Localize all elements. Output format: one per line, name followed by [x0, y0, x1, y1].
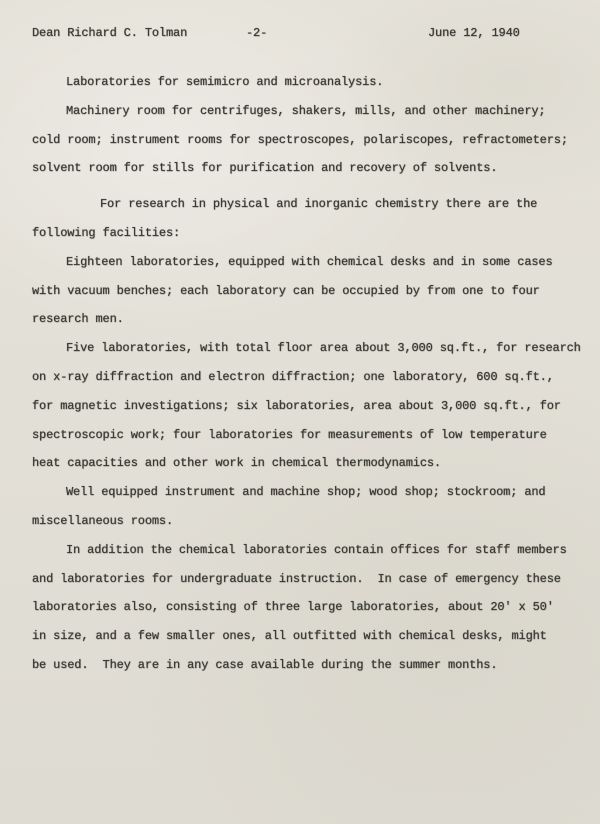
text-line: miscellaneous rooms.	[32, 507, 588, 536]
text-line: research men.	[32, 305, 588, 334]
text-line: solvent room for stills for purification…	[32, 154, 588, 183]
paragraph: Five laboratories, with total floor area…	[32, 334, 588, 478]
text-line: laboratories also, consisting of three l…	[32, 593, 588, 622]
text-line: with vacuum benches; each laboratory can…	[32, 277, 588, 306]
page-number: -2-	[246, 26, 267, 40]
date: June 12, 1940	[428, 26, 520, 40]
recipient-name: Dean Richard C. Tolman	[32, 26, 187, 40]
text-line: in size, and a few smaller ones, all out…	[32, 622, 588, 651]
text-line: heat capacities and other work in chemic…	[32, 449, 588, 478]
paragraph: Machinery room for centrifuges, shakers,…	[32, 97, 588, 183]
paragraph: Well equipped instrument and machine sho…	[32, 478, 588, 536]
paragraph: Eighteen laboratories, equipped with che…	[32, 248, 588, 334]
text-line: For research in physical and inorganic c…	[32, 190, 588, 219]
text-line: Machinery room for centrifuges, shakers,…	[32, 97, 588, 126]
document-page: Dean Richard C. Tolman -2- June 12, 1940…	[0, 0, 600, 824]
text-line: following facilities:	[32, 219, 588, 248]
paragraph: For research in physical and inorganic c…	[32, 190, 588, 248]
text-line: Eighteen laboratories, equipped with che…	[32, 248, 588, 277]
text-line: Well equipped instrument and machine sho…	[32, 478, 588, 507]
text-line: spectroscopic work; four laboratories fo…	[32, 421, 588, 450]
text-line: for magnetic investigations; six laborat…	[32, 392, 588, 421]
text-line: cold room; instrument rooms for spectros…	[32, 126, 588, 155]
letter-body: Laboratories for semimicro and microanal…	[32, 68, 588, 680]
text-line: and laboratories for undergraduate instr…	[32, 565, 588, 594]
text-line: on x-ray diffraction and electron diffra…	[32, 363, 588, 392]
paragraph: Laboratories for semimicro and microanal…	[32, 68, 588, 97]
text-line: Laboratories for semimicro and microanal…	[32, 68, 588, 97]
text-line: In addition the chemical laboratories co…	[32, 536, 588, 565]
paragraph: In addition the chemical laboratories co…	[32, 536, 588, 680]
text-line: be used. They are in any case available …	[32, 651, 588, 680]
page-header: Dean Richard C. Tolman -2- June 12, 1940	[0, 26, 600, 42]
text-line: Five laboratories, with total floor area…	[32, 334, 588, 363]
